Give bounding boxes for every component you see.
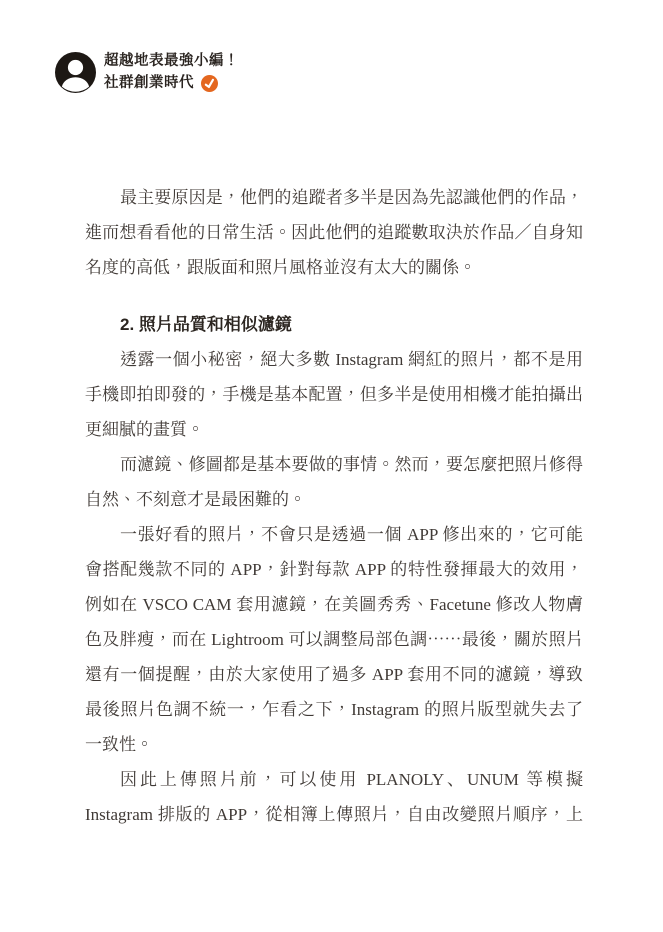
text-line: 手機即拍即發的，手機是基本配置，但多半是使用相機才能拍攝出 [85,377,583,412]
text-line: 色及胖瘦，而在 Lightroom 可以調整局部色調⋯⋯最後，關於照片 [85,622,583,657]
book-page: 超越地表最強小編！ 社群創業時代 最主要原因是，他們的追蹤者多半是因為先認識他們… [0,0,663,932]
text-line: 最主要原因是，他們的追蹤者多半是因為先認識他們的作品， [85,180,583,215]
text-line: 會搭配幾款不同的 APP，針對每款 APP 的特性發揮最大的效用， [85,552,583,587]
text-line: 進而想看看他的日常生活。因此他們的追蹤數取決於作品／自身知 [85,215,583,250]
verified-check-icon [201,75,218,92]
text-line: 例如在 VSCO CAM 套用濾鏡，在美圖秀秀、Facetune 修改人物膚 [85,587,583,622]
paragraph: 因此上傳照片前，可以使用 PLANOLY、UNUM 等模擬Instagram 排… [85,762,583,832]
text-line: Instagram 排版的 APP，從相簿上傳照片，自由改變照片順序，上 [85,797,583,832]
text-line: 自然、不刻意才是最困難的。 [85,482,583,517]
text-line: 透露一個小秘密，絕大多數 Instagram 網紅的照片，都不是用 [85,342,583,377]
person-silhouette-icon [55,52,96,93]
text-line: 最後照片色調不統一，乍看之下，Instagram 的照片版型就失去了 [85,692,583,727]
publisher-title-line1: 超越地表最強小編！ [104,50,239,72]
text-line: 而濾鏡、修圖都是基本要做的事情。然而，要怎麼把照片修得 [85,447,583,482]
publisher-title-line2: 社群創業時代 [104,72,194,94]
text-line: 一張好看的照片，不會只是透過一個 APP 修出來的，它可能 [85,517,583,552]
paragraph: 透露一個小秘密，絕大多數 Instagram 網紅的照片，都不是用手機即拍即發的… [85,342,583,447]
publisher-header: 超越地表最強小編！ 社群創業時代 [55,50,239,94]
text-line: 因此上傳照片前，可以使用 PLANOLY、UNUM 等模擬 [85,762,583,797]
text-line: 更細膩的畫質。 [85,412,583,447]
text-line: 一致性。 [85,727,583,762]
text-line: 名度的高低，跟版面和照片風格並沒有太大的關係。 [85,250,583,285]
heading-line: 2. 照片品質和相似濾鏡 [85,307,583,342]
paragraph: 而濾鏡、修圖都是基本要做的事情。然而，要怎麼把照片修得自然、不刻意才是最困難的。 [85,447,583,517]
paragraph: 最主要原因是，他們的追蹤者多半是因為先認識他們的作品，進而想看看他的日常生活。因… [85,180,583,285]
publisher-title: 超越地表最強小編！ 社群創業時代 [104,50,239,94]
page-text: 最主要原因是，他們的追蹤者多半是因為先認識他們的作品，進而想看看他的日常生活。因… [85,180,583,832]
avatar [55,52,96,93]
section-heading: 2. 照片品質和相似濾鏡 [85,307,583,342]
text-line: 還有一個提醒，由於大家使用了過多 APP 套用不同的濾鏡，導致 [85,657,583,692]
paragraph: 一張好看的照片，不會只是透過一個 APP 修出來的，它可能會搭配幾款不同的 AP… [85,517,583,762]
